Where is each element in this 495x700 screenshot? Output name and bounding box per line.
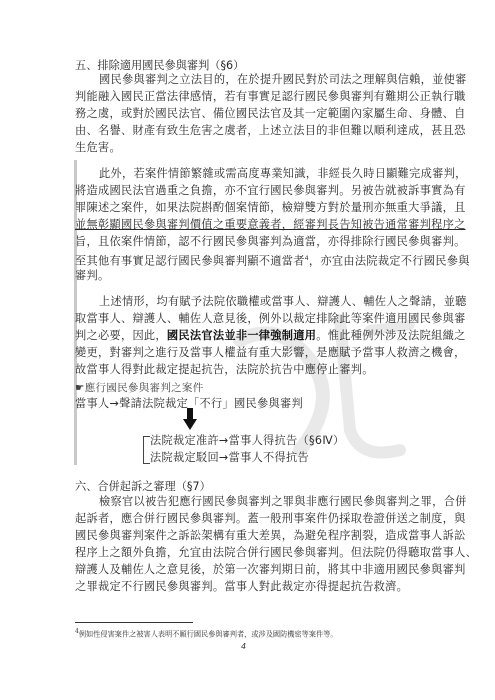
s5-p1-line: 由、名譽、財產有致生危害之虞者，上述立法目的非但難以順利達成，甚且恐 [75, 122, 466, 139]
arrow-down-icon [183, 408, 197, 430]
s6-p1-line: 起訴者，應合併行國民參與審判。蓋一般刑事案件仍採取卷證併送之制度，與 [75, 510, 466, 527]
s6-p1-line: 辯護人及輔佐人之意見後，於第一次審判期日前，將其中非適用國民參與審判 [75, 561, 466, 578]
s5-p3-line: 變更，對審判之進行及當事人權益有重大影響，是應賦予當事人救濟之機會， [75, 344, 466, 361]
s6-p1-line: 程序上之額外負擔，允宜由法院合併行國民參與審判。但法院仍得聽取當事人、 [75, 544, 477, 561]
s5-p2-line: 並無彰顯國民參與審判價值之重要意義者，經審判長告知被告通常審判程序之 [75, 216, 466, 233]
s5-p3-line-bold: 判之必要，因此，國民法官法並非一律強制適用。惟此種例外涉及法院組織之 [75, 327, 466, 344]
footnote-text: 例如性侵害案件之被害人表明不願行國民參與審判者，或涉及國防機密等案件等。 [79, 629, 338, 638]
section-6-heading: 六、合併起訴之審理（§7） [75, 478, 211, 494]
s5-p1-line: 生危害。 [75, 139, 121, 156]
s5-p2-line-footnoted: 至其他有事實足認行國民參與審判顯不適當者4，亦宜由法院裁定不行國民參與 [75, 250, 470, 270]
s5-p2-line: 罪陳述之案件，如果法院斟酌個案情節，檢辯雙方對於量刑亦無重大爭議，且 [75, 199, 466, 216]
s5-p3-line: 取當事人、辯護人、輔佐人意見後，例外以裁定排除此等案件適用國民參與審 [75, 310, 466, 327]
s5-p2-line6-tail: ，亦宜由法院裁定不行國民參與 [309, 255, 470, 268]
footnote: 4例如性侵害案件之被害人表明不願行國民參與審判者，或涉及國防機密等案件等。 [75, 628, 338, 639]
s5-p3-line3-head: 判之必要，因此， [75, 329, 167, 342]
document-page: 五、排除適用國民參與審判（§6） 國民參與審判之立法目的，在於提升國民對於司法之… [0, 0, 495, 700]
s5-p2-line: 審判。 [75, 267, 109, 284]
page-number: 4 [241, 642, 246, 651]
emphasis-text: 國民法官法並非一律強制適用 [167, 329, 316, 342]
s6-p1-line: 國民參與審判案件之訴訟架構有重大差異，為避免程序割裂，造成當事人訴訟 [75, 527, 466, 544]
s5-p2-line: 此外，若案件情節繁雜或需高度專業知識，非經長久時日顯難完成審判， [75, 165, 467, 182]
s6-p1-line: 檢察官以被告犯應行國民參與審判之罪與非應行國民參與審判之罪，合併 [75, 493, 467, 510]
s5-p3-line3-tail: 。惟此種例外涉及法院組織之 [316, 329, 465, 342]
s5-p3-line: 故當事人得對此裁定提起抗告，法院於抗告中應停止審判。 [75, 361, 374, 378]
s5-p3-line: 上述情形，均有賦予法院依職權或當事人、辯護人、輔佐人之聲請，並聽 [75, 293, 467, 310]
branch-bracket [143, 436, 150, 464]
s5-p1-line: 務之虞，或對於國民法官、備位國民法官及其一定範圍內家屬生命、身體、自 [75, 105, 466, 122]
flow-branch-rejected: 法院裁定駁回→當事人不得抗告 [150, 449, 309, 466]
flow-branch-granted: 法院裁定准許→當事人得抗告（§6Ⅳ） [150, 432, 344, 449]
s5-p2-line: 將造成國民法官過重之負擔，亦不宜行國民參與審判。另被告就被訴事實為有 [75, 182, 466, 199]
s5-p2-line6-head: 至其他有事實足認行國民參與審判顯不適當者 [75, 255, 305, 268]
s5-p1-line: 判能融入國民正當法律感情，若有事實足認行國民參與審判有難期公正執行職 [75, 88, 466, 105]
s5-p1-line: 國民參與審判之立法目的，在於提升國民對於司法之理解與信賴，並使審 [75, 71, 467, 88]
s6-p1-line: 之罪裁定不行國民參與審判。當事人對此裁定亦得提起抗告救濟。 [75, 578, 408, 595]
footnote-separator [75, 622, 193, 623]
s5-p2-line: 旨，且依案件情節，認不行國民參與審判為適當，亦得排除行國民參與審判。 [75, 233, 466, 250]
